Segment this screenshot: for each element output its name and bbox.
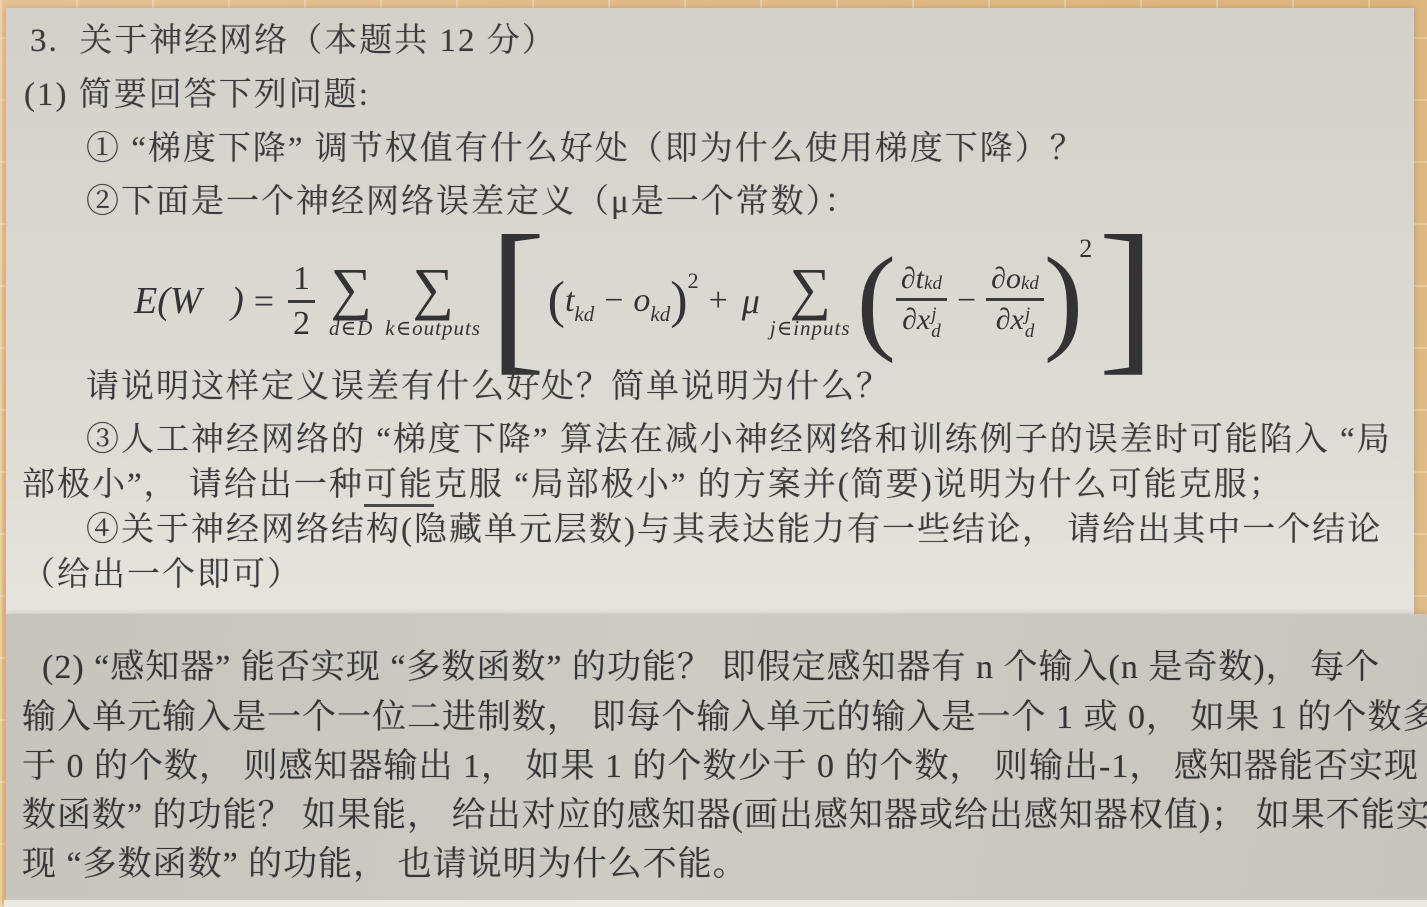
open-bracket: [ — [489, 234, 546, 356]
part1-item4-line1: ④关于神经网络结构(隐藏单元层数)与其表达能力有一些结论， 请给出其中一个结论 — [86, 511, 1382, 551]
part1-item3-line2: 部极小”， 请给出一种可能克服 “局部极小” 的方案并(简要)说明为什么可能克服… — [22, 466, 1284, 506]
exam-paper-bottom: (2) “感知器” 能否实现 “多数函数” 的功能？ 即假定感知器有 n 个输入… — [6, 614, 1427, 900]
part1-item1: ① “梯度下降” 调节权值有什么好处（即为什么使用梯度下降）？ — [86, 130, 1085, 170]
plus-sign: + — [709, 282, 728, 320]
one-half-fraction: 1 2 — [288, 262, 315, 341]
sum-over-outputs: ∑ k∈outputs — [385, 263, 481, 338]
part1-item3-line1: ③人工神经网络的 “梯度下降” 算法在减小神经网络和训练例子的误差时可能陷入 “… — [86, 421, 1392, 461]
part2-line1: (2) “感知器” 能否实现 “多数函数” 的功能？ 即假定感知器有 n 个输入… — [42, 648, 1380, 689]
error-formula: E(W⃗) = 1 2 ∑ d∈D ∑ k∈outputs [ ( tkd − … — [134, 223, 1344, 379]
part1-item4-line2: （给出一个即可） — [22, 556, 302, 596]
underlined-keneng: 可能 — [364, 467, 434, 507]
outer-square-exponent: 2 — [1079, 234, 1092, 264]
sum-over-d: ∑ d∈D — [329, 263, 373, 338]
minus-sign: − — [957, 282, 976, 320]
formula-lhs: E(W⃗) — [134, 279, 244, 323]
lower-paper-edge — [4, 900, 1427, 907]
part1-intro: (1) 简要回答下列问题: — [24, 76, 370, 116]
question-title: 3. 关于神经网络（本题共 12 分） — [30, 22, 557, 62]
partial-o-fraction: ∂okd ∂xjd — [986, 264, 1044, 339]
exam-paper-top: 3. 关于神经网络（本题共 12 分） (1) 简要回答下列问题: ① “梯度下… — [6, 8, 1414, 614]
part1-item2: ②下面是一个神经网络误差定义（μ是一个常数）： — [86, 183, 859, 223]
part2-line2: 输入单元输入是一个一位二进制数， 即每个输入单元的输入是一个 1 或 0， 如果… — [22, 698, 1427, 739]
sum-over-inputs: ∑ j∈inputs — [770, 263, 851, 338]
close-bracket: ] — [1098, 234, 1155, 356]
partial-t-fraction: ∂tkd ∂xjd — [896, 264, 947, 339]
open-big-paren: ( — [857, 258, 896, 341]
mu-constant: μ — [742, 280, 760, 322]
squared-difference-term: ( tkd − okd )2 — [548, 280, 699, 322]
part1-item2-question: 请说明这样定义误差有什么好处？简单说明为什么？ — [86, 368, 891, 408]
part2-line5: 现 “多数函数” 的功能， 也请说明为什么不能。 — [22, 845, 748, 886]
part2-line3: 于 0 的个数， 则感知器输出 1， 如果 1 的个数少于 0 的个数， 则输出… — [22, 747, 1427, 788]
equals-sign: = — [254, 280, 274, 322]
photo-background: 3. 关于神经网络（本题共 12 分） (1) 简要回答下列问题: ① “梯度下… — [0, 0, 1427, 907]
part2-line4: 数函数” 的功能？ 如果能， 给出对应的感知器(画出感知器或给出感知器权值)； … — [22, 796, 1427, 837]
close-big-paren: ) — [1044, 258, 1083, 341]
